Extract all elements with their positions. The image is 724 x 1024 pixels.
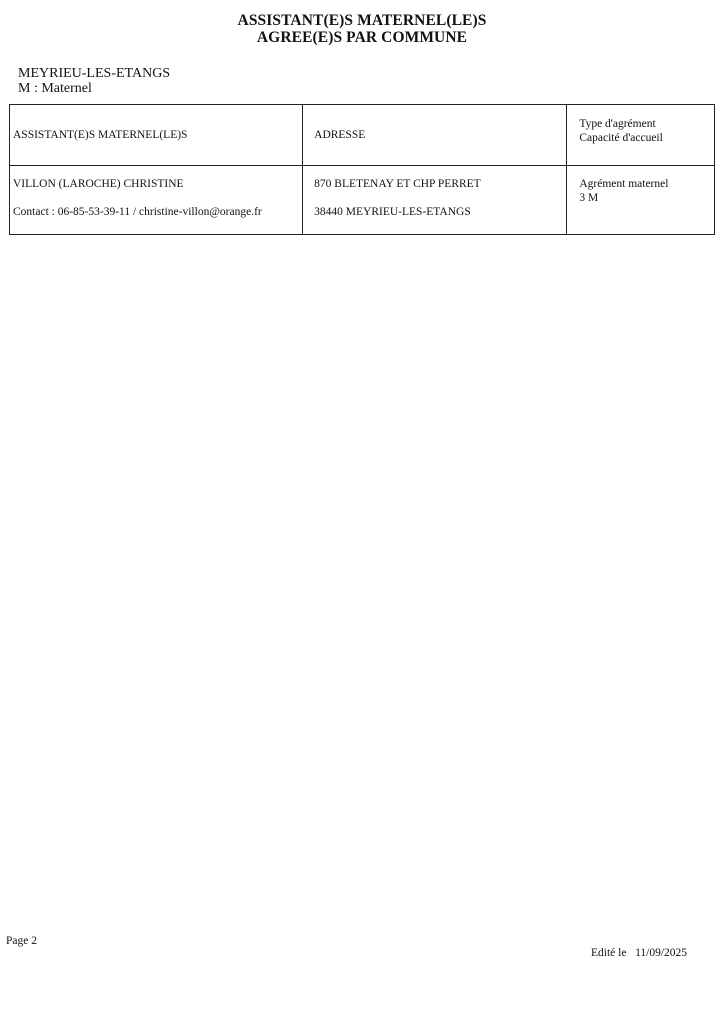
table-header-row: ASSISTANT(E)S MATERNEL(LE)S ADRESSE Type…: [10, 105, 715, 166]
page-number: Page 2: [6, 935, 37, 947]
cell-type: Agrément maternel 3 M: [567, 166, 715, 235]
header-type: Type d'agrément Capacité d'accueil: [567, 105, 715, 166]
edited-label: Edité le: [591, 947, 626, 959]
document-title: ASSISTANT(E)S MATERNEL(LE)S AGREE(E)S PA…: [0, 12, 724, 46]
header-type-line-1: Type d'agrément: [579, 117, 711, 131]
title-line-2: AGREE(E)S PAR COMMUNE: [0, 29, 724, 46]
agrement-type: Agrément maternel: [579, 177, 711, 191]
edited-date-value: 11/09/2025: [635, 947, 687, 959]
cell-address: 870 BLETENAY ET CHP PERRET 38440 MEYRIEU…: [303, 166, 567, 235]
address-line-1: 870 BLETENAY ET CHP PERRET: [314, 177, 563, 191]
table-row: VILLON (LAROCHE) CHRISTINE Contact : 06-…: [10, 166, 715, 235]
header-type-line-2: Capacité d'accueil: [579, 131, 711, 145]
assistants-table: ASSISTANT(E)S MATERNEL(LE)S ADRESSE Type…: [9, 104, 715, 235]
address-line-2: 38440 MEYRIEU-LES-ETANGS: [314, 205, 563, 219]
assistant-name: VILLON (LAROCHE) CHRISTINE: [13, 177, 299, 191]
header-address: ADRESSE: [303, 105, 567, 166]
edited-date: Edité le 11/09/2025: [591, 947, 687, 959]
header-assistant: ASSISTANT(E)S MATERNEL(LE)S: [10, 105, 303, 166]
legend: M : Maternel: [18, 81, 92, 96]
capacity: 3 M: [579, 191, 711, 205]
assistant-contact[interactable]: Contact : 06-85-53-39-11 / christine-vil…: [13, 205, 299, 219]
commune-name: MEYRIEU-LES-ETANGS: [18, 66, 170, 81]
title-line-1: ASSISTANT(E)S MATERNEL(LE)S: [0, 12, 724, 29]
cell-assistant: VILLON (LAROCHE) CHRISTINE Contact : 06-…: [10, 166, 303, 235]
